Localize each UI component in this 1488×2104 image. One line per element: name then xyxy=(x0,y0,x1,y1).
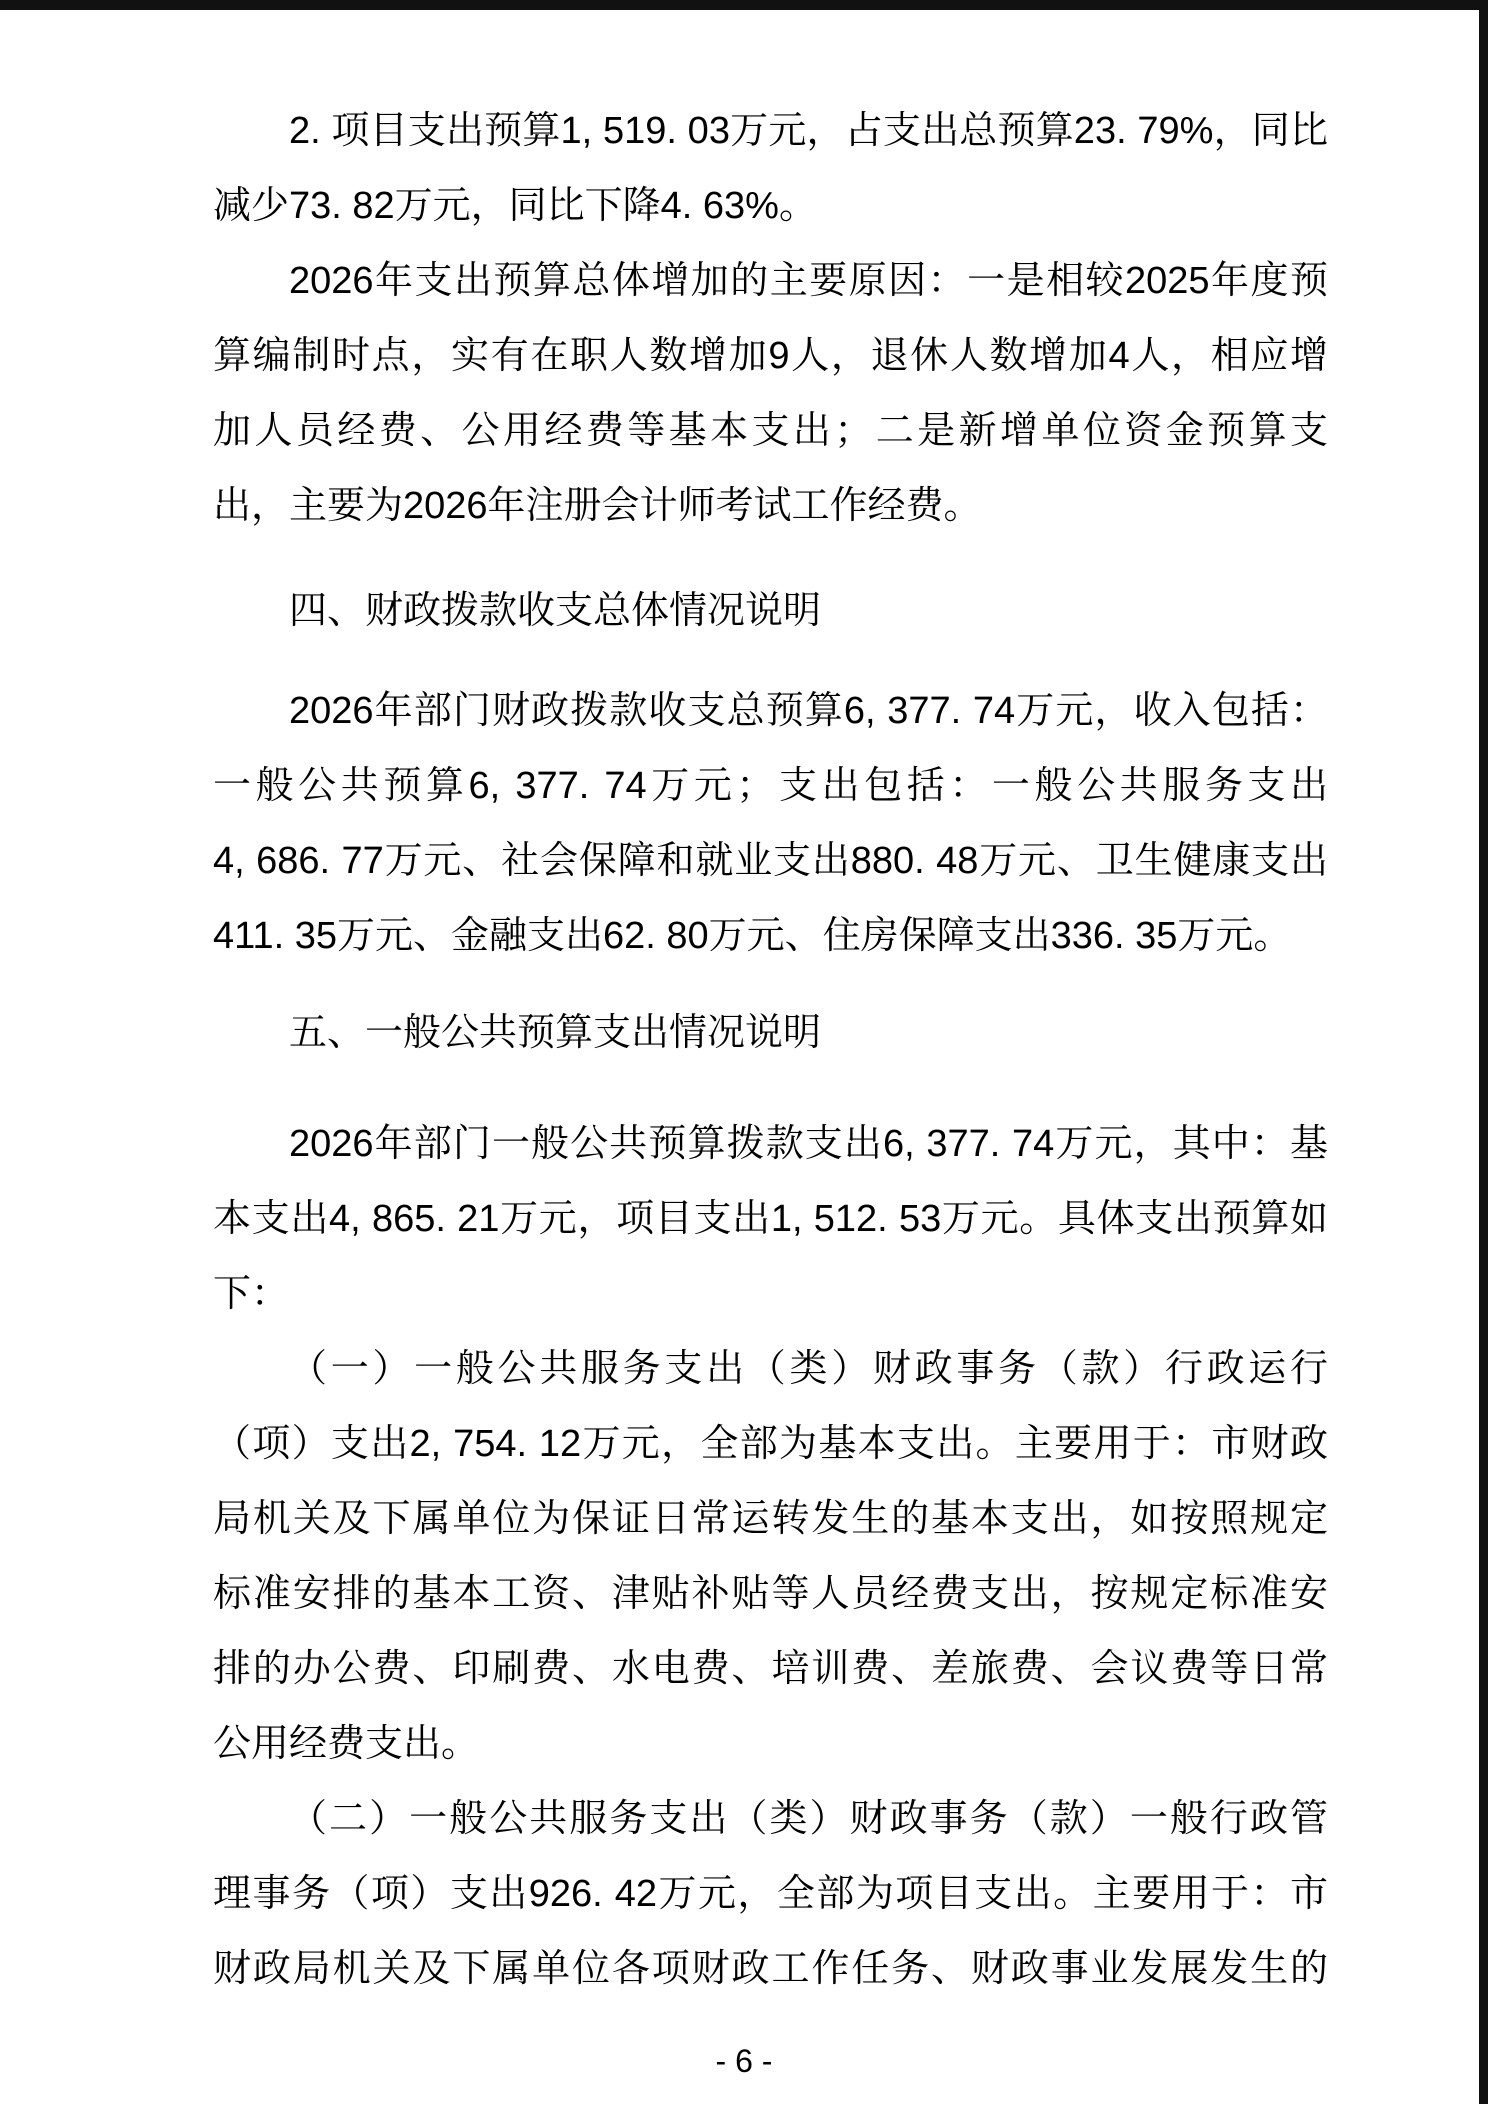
section-heading-fiscal-appropriation: 四、财政拨款收支总体情况说明 xyxy=(213,574,1328,649)
paragraph-item-two-general-admin: （二）一般公共服务支出（类）财政事务（款）一般行政管 理事务（项）支出926. … xyxy=(213,1782,1328,2007)
text-line: 出，主要为2026年注册会计师考试工作经费。 xyxy=(213,469,1328,544)
text-line: 加人员经费、公用经费等基本支出；二是新增单位资金预算支 xyxy=(213,394,1328,469)
text-line: 算编制时点，实有在职人数增加9人，退休人数增加4人，相应增 xyxy=(213,319,1328,394)
text-line: 财政局机关及下属单位各项财政工作任务、财政事业发展发生的 xyxy=(213,1932,1328,2007)
text-line: （一）一般公共服务支出（类）财政事务（款）行政运行 xyxy=(213,1332,1328,1407)
section-heading-public-budget-expense: 五、一般公共预算支出情况说明 xyxy=(213,996,1328,1071)
text-line: 2026年部门财政拨款收支总预算6, 377. 74万元，收入包括： xyxy=(213,674,1328,749)
text-line: （项）支出2, 754. 12万元，全部为基本支出。主要用于：市财政 xyxy=(213,1407,1328,1482)
page-right-edge xyxy=(1479,0,1488,2104)
text-line: 下： xyxy=(213,1257,1328,1332)
page-top-edge xyxy=(0,0,1488,10)
text-line: 一般公共预算6, 377. 74万元；支出包括：一般公共服务支出 xyxy=(213,749,1328,824)
text-line: 2026年部门一般公共预算拨款支出6, 377. 74万元，其中：基 xyxy=(213,1107,1328,1182)
text-line: 减少73. 82万元，同比下降4. 63%。 xyxy=(213,169,1328,244)
text-line: 本支出4, 865. 21万元，项目支出1, 512. 53万元。具体支出预算如 xyxy=(213,1182,1328,1257)
text-line: 公用经费支出。 xyxy=(213,1707,1328,1782)
paragraph-increase-reason: 2026年支出预算总体增加的主要原因：一是相较2025年度预 算编制时点，实有在… xyxy=(213,244,1328,544)
text-line: 2026年支出预算总体增加的主要原因：一是相较2025年度预 xyxy=(213,244,1328,319)
paragraph-project-expense: 2. 项目支出预算1, 519. 03万元，占支出总预算23. 79%，同比 减… xyxy=(213,94,1328,244)
document-body: 2. 项目支出预算1, 519. 03万元，占支出总预算23. 79%，同比 减… xyxy=(213,94,1328,2007)
text-line: 411. 35万元、金融支出62. 80万元、住房保障支出336. 35万元。 xyxy=(213,899,1328,974)
text-line: 标准安排的基本工资、津贴补贴等人员经费支出，按规定标准安 xyxy=(213,1557,1328,1632)
paragraph-public-budget-total: 2026年部门一般公共预算拨款支出6, 377. 74万元，其中：基 本支出4,… xyxy=(213,1107,1328,1332)
document-page: 2. 项目支出预算1, 519. 03万元，占支出总预算23. 79%，同比 减… xyxy=(0,0,1488,2104)
paragraph-item-one-admin-operation: （一）一般公共服务支出（类）财政事务（款）行政运行 （项）支出2, 754. 1… xyxy=(213,1332,1328,1782)
text-line: 2. 项目支出预算1, 519. 03万元，占支出总预算23. 79%，同比 xyxy=(213,94,1328,169)
page-number: - 6 - xyxy=(0,2042,1488,2080)
text-line: 4, 686. 77万元、社会保障和就业支出880. 48万元、卫生健康支出 xyxy=(213,824,1328,899)
text-line: 排的办公费、印刷费、水电费、培训费、差旅费、会议费等日常 xyxy=(213,1632,1328,1707)
text-line: 局机关及下属单位为保证日常运转发生的基本支出，如按照规定 xyxy=(213,1482,1328,1557)
text-line: 理事务（项）支出926. 42万元，全部为项目支出。主要用于：市 xyxy=(213,1857,1328,1932)
paragraph-appropriation-budget: 2026年部门财政拨款收支总预算6, 377. 74万元，收入包括： 一般公共预… xyxy=(213,674,1328,974)
text-line: （二）一般公共服务支出（类）财政事务（款）一般行政管 xyxy=(213,1782,1328,1857)
